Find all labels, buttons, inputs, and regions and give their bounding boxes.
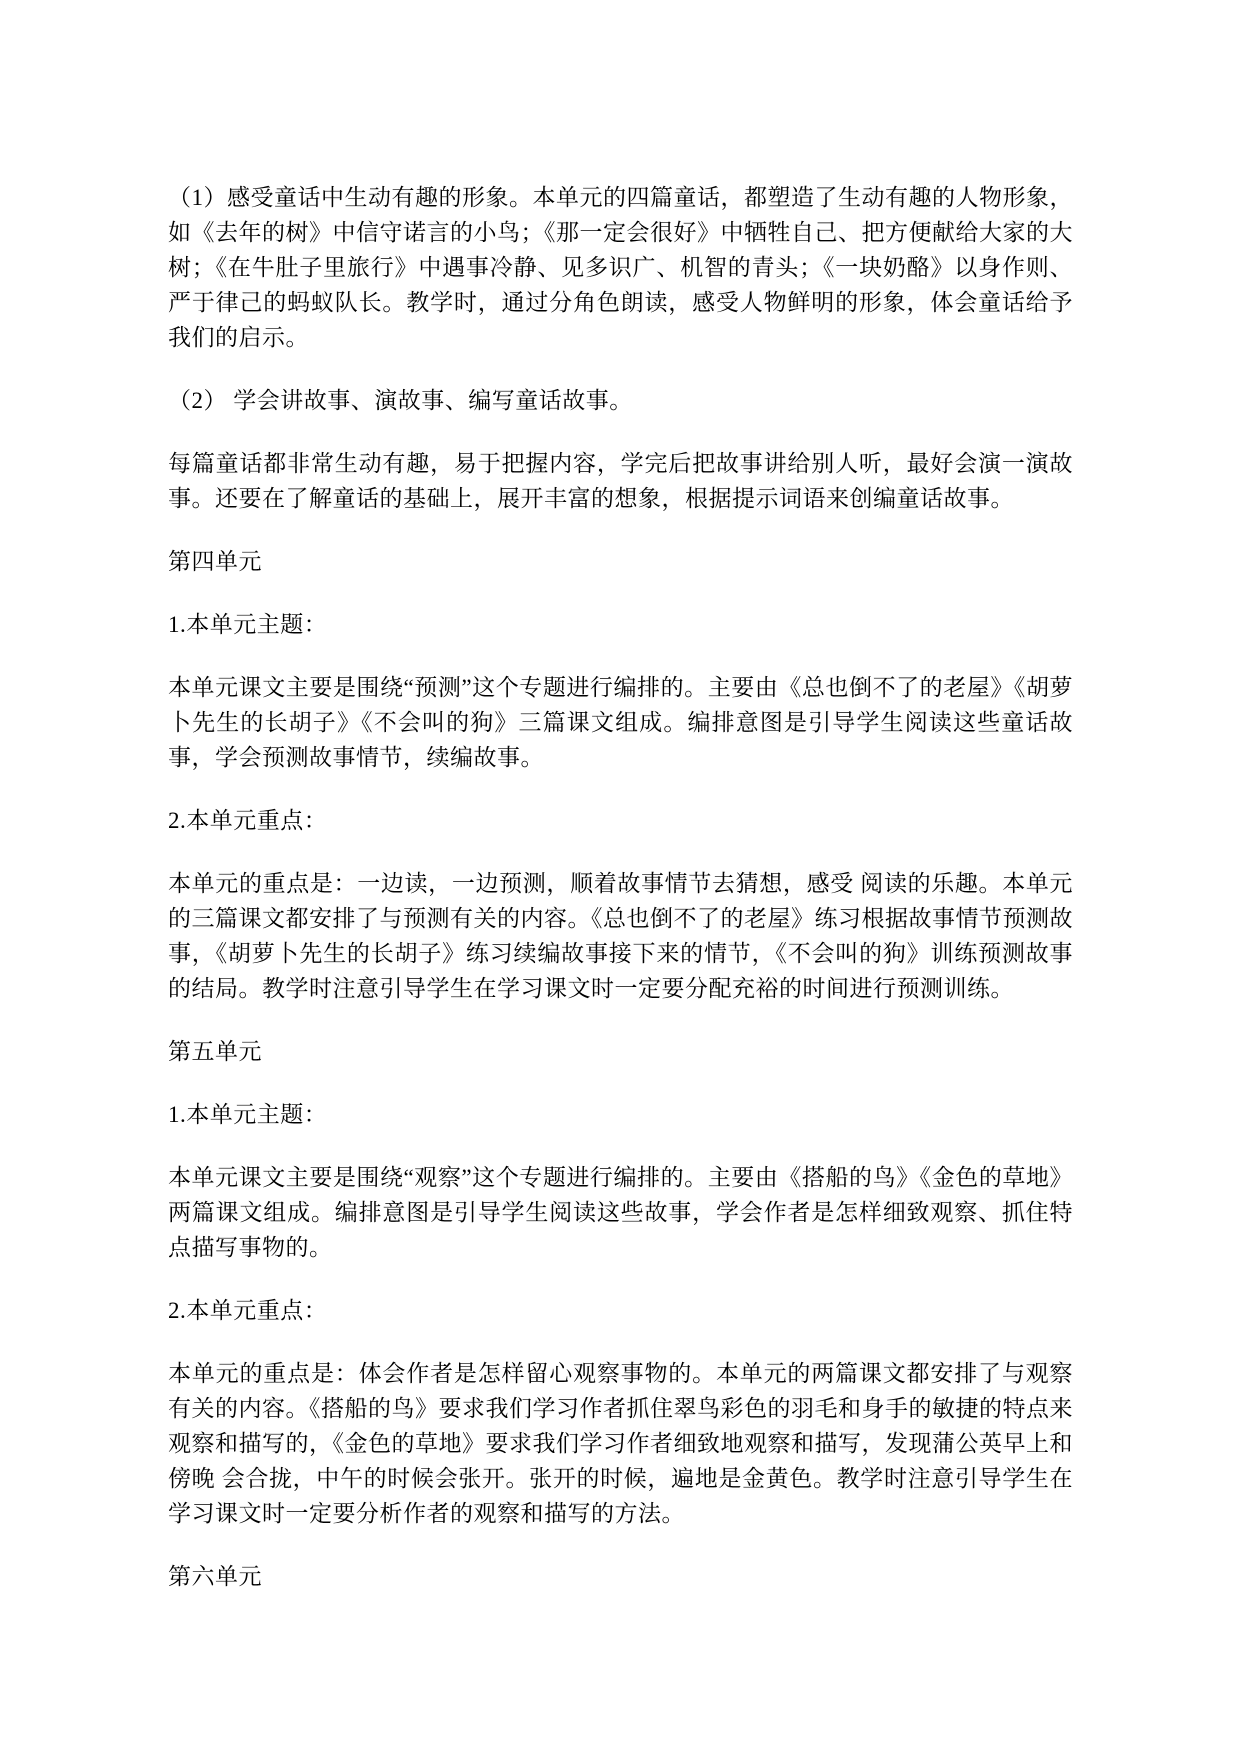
- heading-unit4-theme-label: 1.本单元主题：: [168, 607, 1073, 642]
- document-page: （1）感受童话中生动有趣的形象。本单元的四篇童话，都塑造了生动有趣的人物形象，如…: [0, 0, 1241, 1754]
- heading-unit6: 第六单元: [168, 1559, 1073, 1594]
- heading-unit5-focus-label: 2.本单元重点：: [168, 1293, 1073, 1328]
- paragraph-unit5-theme: 本单元课文主要是围绕“观察”这个专题进行编排的。主要由《搭船的鸟》《金色的草地》…: [168, 1160, 1073, 1265]
- heading-unit4-focus-label: 2.本单元重点：: [168, 803, 1073, 838]
- paragraph-unit3-point1: （1）感受童话中生动有趣的形象。本单元的四篇童话，都塑造了生动有趣的人物形象，如…: [168, 180, 1073, 355]
- paragraph-unit5-focus: 本单元的重点是：体会作者是怎样留心观察事物的。本单元的两篇课文都安排了与观察有关…: [168, 1356, 1073, 1531]
- heading-unit5: 第五单元: [168, 1034, 1073, 1069]
- paragraph-unit3-point2: （2） 学会讲故事、演故事、编写童话故事。: [168, 383, 1073, 418]
- heading-unit5-theme-label: 1.本单元主题：: [168, 1097, 1073, 1132]
- paragraph-unit3-point2-detail: 每篇童话都非常生动有趣，易于把握内容，学完后把故事讲给别人听，最好会演一演故事。…: [168, 446, 1073, 516]
- paragraph-unit4-focus: 本单元的重点是：一边读，一边预测，顺着故事情节去猜想，感受 阅读的乐趣。本单元的…: [168, 866, 1073, 1006]
- paragraph-unit4-theme: 本单元课文主要是围绕“预测”这个专题进行编排的。主要由《总也倒不了的老屋》《胡萝…: [168, 670, 1073, 775]
- heading-unit4: 第四单元: [168, 544, 1073, 579]
